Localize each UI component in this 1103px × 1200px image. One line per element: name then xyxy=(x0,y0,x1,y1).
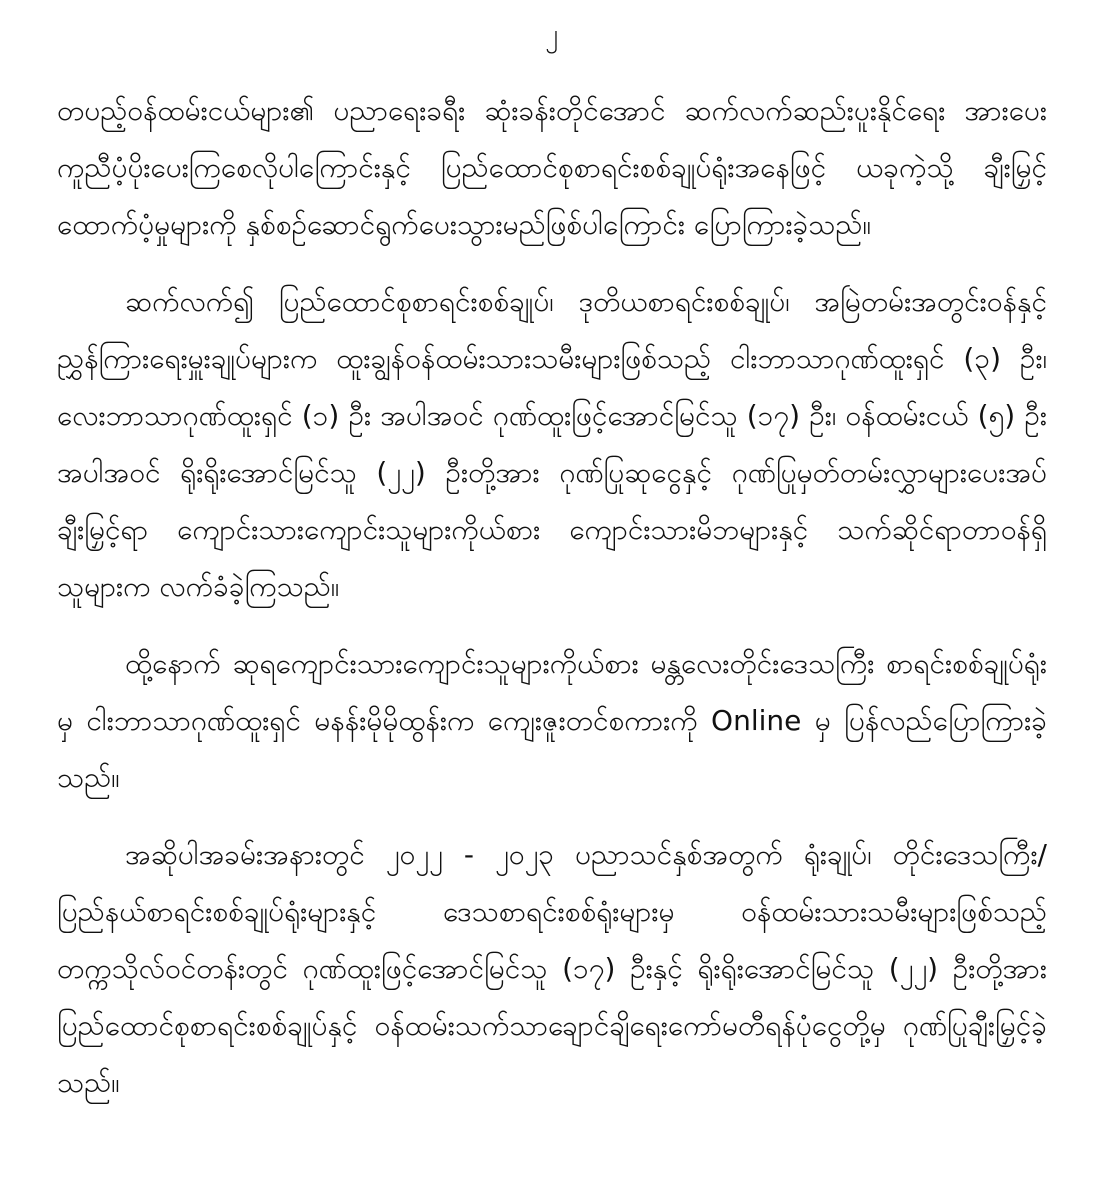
document-body: တပည့်ဝန်ထမ်းငယ်များ၏ ပညာရေးခရီး ဆုံးခန်း… xyxy=(57,82,1047,1131)
page-number: ၂ xyxy=(0,14,1103,54)
paragraph-continuation: တပည့်ဝန်ထမ်းငယ်များ၏ ပညာရေးခရီး ဆုံးခန်း… xyxy=(57,82,1047,253)
paragraph-ceremony-summary: အဆိုပါအခမ်းအနားတွင် ၂၀၂၂ - ၂၀၂၃ ပညာသင်နှ… xyxy=(57,826,1047,1111)
document-page: ၂ တပည့်ဝန်ထမ်းငယ်များ၏ ပညာရေးခရီး ဆုံးခန… xyxy=(0,0,1103,1200)
paragraph-award-presentation: ဆက်လက်၍ ပြည်ထောင်စုစာရင်းစစ်ချုပ်၊ ဒုတိယ… xyxy=(57,273,1047,615)
paragraph-thanks-speech: ထို့နောက် ဆုရကျောင်းသားကျောင်းသူများကိုယ… xyxy=(57,635,1047,806)
